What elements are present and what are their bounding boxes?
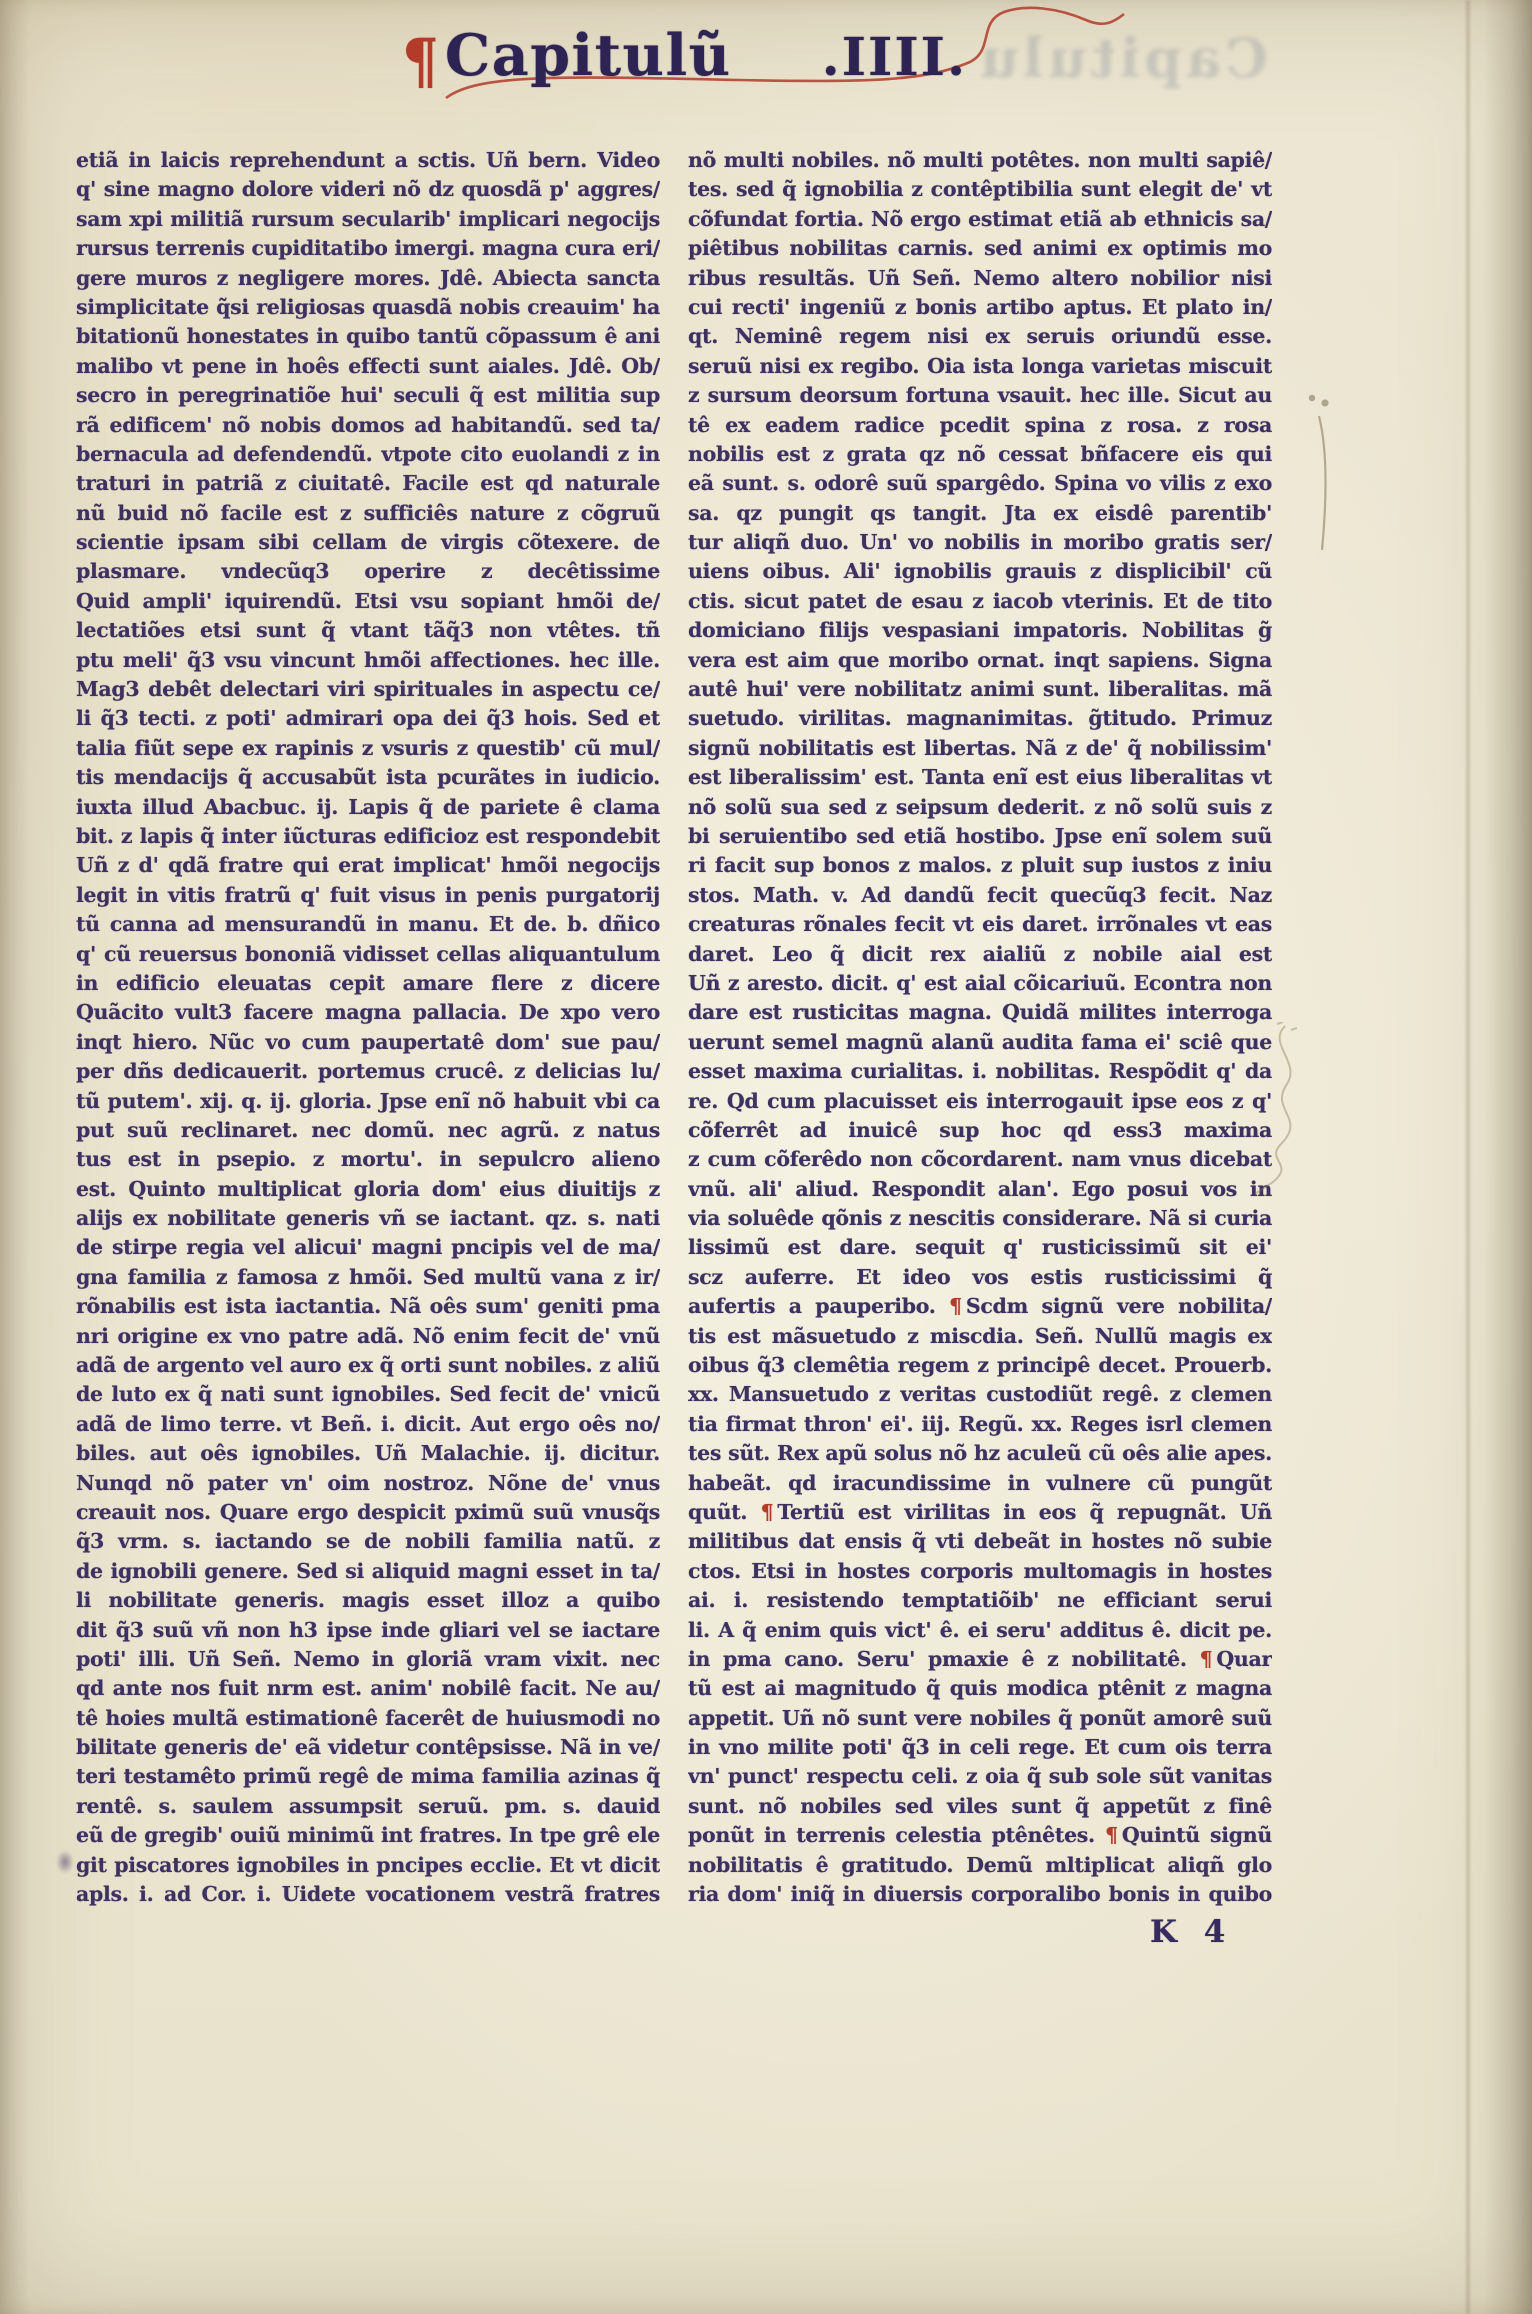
text-line: gna familia z famosa z hmõi. Sed multũ v…	[76, 1263, 660, 1292]
page-edge-crease	[1466, 0, 1470, 2314]
text-line: sam xpi militiã rursum secularib' implic…	[76, 205, 660, 234]
text-line: git piscatores ignobiles in pncipes eccl…	[76, 1851, 660, 1880]
text-line: simplicitate q̃si religiosas quasdã nobi…	[76, 293, 660, 322]
text-line: tê ex eadem radice pcedit spina z rosa. …	[688, 411, 1272, 440]
text-line: eã sunt. s. odorê suũ spargêdo. Spina vo…	[688, 469, 1272, 498]
text-line: de ignobili genere. Sed si aliquid magni…	[76, 1557, 660, 1586]
text-line: uerunt semel magnũ alanũ audita fama ei'…	[688, 1028, 1272, 1057]
text-column-left: etiã in laicis reprehendunt a sctis. Uñ …	[76, 146, 660, 1909]
text-line: vera est aim que moribo ornat. inqt sapi…	[688, 646, 1272, 675]
text-line: teri testamêto primũ regê de mima famili…	[76, 1762, 660, 1791]
text-line: suetudo. virilitas. magnanimitas. g̃titu…	[688, 704, 1272, 733]
text-line: put suũ reclinaret. nec domũ. nec agrũ. …	[76, 1116, 660, 1145]
text-line: de luto ex q̃ nati sunt ignobiles. Sed f…	[76, 1380, 660, 1409]
text-line: adã de limo terre. vt Beñ. i. dicit. Aut…	[76, 1410, 660, 1439]
text-line: lissimũ est dare. sequit q' rusticissimũ…	[688, 1233, 1272, 1262]
text-line: etiã in laicis reprehendunt a sctis. Uñ …	[76, 146, 660, 175]
rubric-pilcrow-icon: ¶	[949, 1294, 966, 1318]
text-line: iuxta illud Abacbuc. ij. Lapis q̃ de par…	[76, 793, 660, 822]
text-line: qd ante nos fuit nrm est. anim' nobilê f…	[76, 1674, 660, 1703]
rubric-pilcrow-icon: ¶	[761, 1500, 778, 1524]
text-line: in vno milite poti' q̃3 in celi rege. Et…	[688, 1733, 1272, 1762]
text-line: tũ putem'. xij. q. ij. gloria. Jpse enĩ …	[76, 1087, 660, 1116]
text-line: bernacula ad defendendũ. vtpote cito euo…	[76, 440, 660, 469]
text-line: aufertis a pauperibo. ¶Scdm signũ vere n…	[688, 1292, 1272, 1321]
text-line: legit in vitis fratrũ q' fuit visus in p…	[76, 881, 660, 910]
text-line: poti' illi. Uñ Señ. Nemo in gloriã vram …	[76, 1645, 660, 1674]
text-line: bitationũ honestates in quibo tantũ cõpa…	[76, 322, 660, 351]
text-line: rursus terrenis cupiditatibo imergi. mag…	[76, 234, 660, 263]
text-line: nri origine ex vno patre adã. Nõ enim fe…	[76, 1322, 660, 1351]
text-line: ri facit sup bonos z malos. z pluit sup …	[688, 851, 1272, 880]
text-line: plasmare. vndecũq3 operire z decêtissime…	[76, 557, 660, 586]
text-line: in pma cano. Seru' pmaxie ê z nobilitatê…	[688, 1645, 1272, 1674]
text-line: tia firmat thron' ei'. iij. Regũ. xx. Re…	[688, 1410, 1272, 1439]
text-line: nõ solũ sua sed z seipsum dederit. z nõ …	[688, 793, 1272, 822]
rubric-pilcrow-icon: ¶	[1105, 1823, 1122, 1847]
text-line: tes. sed q̃ ignobilia z contêptibilia su…	[688, 175, 1272, 204]
text-line: q̃3 vrm. s. iactando se de nobili famili…	[76, 1527, 660, 1556]
text-line: rõnabilis est ista iactantia. Nã oês sum…	[76, 1292, 660, 1321]
chapter-title: Capitulũ	[445, 22, 732, 89]
text-line: rã edificem' nõ nobis domos ad habitandũ…	[76, 411, 660, 440]
text-line: daret. Leo q̃ dicit rex aialiũ z nobile …	[688, 940, 1272, 969]
rubric-pilcrow-icon: ¶	[1200, 1647, 1217, 1671]
text-line: ctis. sicut patet de esau z iacob vterin…	[688, 587, 1272, 616]
text-line: tus est in psepio. z mortu'. in sepulcro…	[76, 1145, 660, 1174]
text-line: apls. i. ad Cor. i. Uidete vocationem ve…	[76, 1880, 660, 1909]
text-line: via soluêde qõnis z nescitis considerare…	[688, 1204, 1272, 1233]
text-line: z cum cõferêdo non cõcordarent. nam vnus…	[688, 1145, 1272, 1174]
text-line: li. A q̃ enim quis vict' ê. ei seru' add…	[688, 1616, 1272, 1645]
text-line: rentê. s. saulem assumpsit seruũ. pm. s.…	[76, 1792, 660, 1821]
text-line: nobilitatis ê gratitudo. Demũ mltiplicat…	[688, 1851, 1272, 1880]
text-line: quũt. ¶Tertiũ est virilitas in eos q̃ re…	[688, 1498, 1272, 1527]
text-line: li nobilitate generis. magis esset illoz…	[76, 1586, 660, 1615]
text-line: ctos. Etsi in hostes corporis multomagis…	[688, 1557, 1272, 1586]
text-line: scientie ipsam sibi cellam de virgis cõt…	[76, 528, 660, 557]
margin-ink-blot	[56, 1850, 74, 1874]
text-line: ribus resultãs. Uñ Señ. Nemo altero nobi…	[688, 264, 1272, 293]
text-line: sunt. nõ nobiles sed viles sunt q̃ appet…	[688, 1792, 1272, 1821]
text-line: Mag3 debêt delectari viri spirituales in…	[76, 675, 660, 704]
chapter-numeral: .IIII.	[822, 27, 968, 88]
text-line: q' cũ reuersus bononiã vidisset cellas a…	[76, 940, 660, 969]
text-line: Quãcito vult3 facere magna pallacia. De …	[76, 998, 660, 1027]
text-line: tur aliqñ duo. Un' vo nobilis in moribo …	[688, 528, 1272, 557]
text-line: z sursum deorsum fortuna vsauit. hec ill…	[688, 381, 1272, 410]
text-line: adã de argento vel auro ex q̃ orti sunt …	[76, 1351, 660, 1380]
text-line: biles. aut oês ignobiles. Uñ Malachie. i…	[76, 1439, 660, 1468]
text-line: per dñs dedicauerit. portemus crucê. z d…	[76, 1057, 660, 1086]
text-line: seruũ nisi ex regibo. Oia ista longa var…	[688, 352, 1272, 381]
text-line: alijs ex nobilitate generis vñ se iactan…	[76, 1204, 660, 1233]
text-line: q' sine magno dolore videri nõ dz quosdã…	[76, 175, 660, 204]
margin-ink-stroke	[1295, 382, 1355, 557]
text-line: bit. z lapis q̃ inter iũcturas edificioz…	[76, 822, 660, 851]
text-line: nõ multi nobiles. nõ multi potêtes. non …	[688, 146, 1272, 175]
text-line: habeãt. qd iracundissime in vulnere cũ p…	[688, 1469, 1272, 1498]
text-line: ria dom' iniq̃ in diuersis corporalibo b…	[688, 1880, 1272, 1909]
text-line: Nunqd nõ pater vn' oim nostroz. Nõne de'…	[76, 1469, 660, 1498]
text-line: tis est mãsuetudo z miscdia. Señ. Nullũ …	[688, 1322, 1272, 1351]
text-line: re. Qd cum placuisset eis interrogauit i…	[688, 1087, 1272, 1116]
text-line: tes sũt. Rex apũ solus nõ hz aculeũ cũ o…	[688, 1439, 1272, 1468]
text-line: vnũ. ali' aliud. Respondit alan'. Ego po…	[688, 1175, 1272, 1204]
rubric-capitulum-icon: ¶	[402, 25, 439, 96]
text-column-right: nõ multi nobiles. nõ multi potêtes. non …	[688, 146, 1272, 1909]
text-line: esset maxima curialitas. i. nobilitas. R…	[688, 1057, 1272, 1086]
text-line: ptu meli' q̃3 vsu vincunt hmõi affection…	[76, 646, 660, 675]
text-line: cõfundat fortia. Nõ ergo estimat etiã ab…	[688, 205, 1272, 234]
text-line: bi seruientibo sed etiã hostibo. Jpse en…	[688, 822, 1272, 851]
page-right-edge-shading	[1484, 0, 1532, 2314]
text-line: inqt hiero. Nũc vo cum paupertatê dom' s…	[76, 1028, 660, 1057]
text-line: est. Quinto multiplicat gloria dom' eius…	[76, 1175, 660, 1204]
book-page-scan: Capitulu ¶Capitulũ.IIII. etiã in laicis …	[0, 0, 1532, 2314]
page-left-edge-shading	[0, 0, 30, 2314]
text-line: appetit. Uñ nõ sunt vere nobiles q̃ ponũ…	[688, 1704, 1272, 1733]
text-line: cui recti' ingeniũ z bonis artibo aptus.…	[688, 293, 1272, 322]
text-line: li q̃3 tecti. z poti' admirari opa dei q…	[76, 704, 660, 733]
text-line: uiens oibus. Ali' ignobilis grauis z dis…	[688, 557, 1272, 586]
text-line: secro in peregrinatiõe hui' seculi q̃ es…	[76, 381, 660, 410]
text-line: bilitate generis de' eã videtur contêpsi…	[76, 1733, 660, 1762]
text-line: oibus q̃3 clemêtia regem z principê dece…	[688, 1351, 1272, 1380]
text-line: militibus dat ensis q̃ vti debeãt in hos…	[688, 1527, 1272, 1556]
text-line: signũ nobilitatis est libertas. Nã z de'…	[688, 734, 1272, 763]
text-line: tũ est ai magnitudo q̃ quis modica ptêni…	[688, 1674, 1272, 1703]
text-line: eũ de gregib' ouiũ minimũ int fratres. I…	[76, 1821, 660, 1850]
text-line: malibo vt pene in hoês effecti sunt aial…	[76, 352, 660, 381]
text-line: traturi in patriã z ciuitatê. Facile est…	[76, 469, 660, 498]
text-line: domiciano filijs vespasiani impatoris. N…	[688, 616, 1272, 645]
text-line: ai. i. resistendo temptatiõib' ne effici…	[688, 1586, 1272, 1615]
text-line: scz auferre. Et ideo vos estis rusticiss…	[688, 1263, 1272, 1292]
text-line: talia fiũt sepe ex rapinis z vsuris z qu…	[76, 734, 660, 763]
text-line: autê hui' vere nobilitatz animi sunt. li…	[688, 675, 1272, 704]
text-line: vn' punct' respectu celi. z oia q̃ sub s…	[688, 1762, 1272, 1791]
text-line: tis mendacijs q̃ accusabũt ista pcurãtes…	[76, 763, 660, 792]
text-line: est liberalissim' est. Tanta enĩ est eiu…	[688, 763, 1272, 792]
text-line: creauit nos. Quare ergo despicit pximũ s…	[76, 1498, 660, 1527]
text-line: creaturas rõnales fecit vt eis daret. ir…	[688, 910, 1272, 939]
text-line: dare est rusticitas magna. Quidã milites…	[688, 998, 1272, 1027]
text-line: dit q̃3 suũ vñ non h3 ipse inde gliari v…	[76, 1616, 660, 1645]
text-line: tê hoies multã estimationê facerêt de hu…	[76, 1704, 660, 1733]
text-line: Uñ z d' qdã fratre qui erat implicat' hm…	[76, 851, 660, 880]
text-line: in edificio eleuatas cepit amare flere z…	[76, 969, 660, 998]
text-line: piêtibus nobilitas carnis. sed animi ex …	[688, 234, 1272, 263]
text-line: xx. Mansuetudo z veritas custodiũt regê.…	[688, 1380, 1272, 1409]
text-line: qt. Neminê regem nisi ex seruis oriundũ …	[688, 322, 1272, 351]
text-line: Quid ampli' iquirendũ. Etsi vsu sopiant …	[76, 587, 660, 616]
text-line: nobilis est z grata qz nõ cessat bñfacer…	[688, 440, 1272, 469]
text-line: ponũt in terrenis celestia ptênêtes. ¶Qu…	[688, 1821, 1272, 1850]
chapter-heading: ¶Capitulũ.IIII.	[402, 22, 967, 95]
text-line: gere muros z negligere mores. Jdê. Abiec…	[76, 264, 660, 293]
text-line: nũ buid nõ facile est z sufficiês nature…	[76, 499, 660, 528]
text-line: cõferrêt ad inuicê sup hoc qd ess3 maxim…	[688, 1116, 1272, 1145]
text-line: Uñ z aresto. dicit. q' est aial cõicariu…	[688, 969, 1272, 998]
text-line: lectatiões etsi sunt q̃ vtant tãq̃3 non …	[76, 616, 660, 645]
text-line: de stirpe regia vel alicui' magni pncipi…	[76, 1233, 660, 1262]
quire-signature-mark: K 4	[1150, 1914, 1225, 1950]
text-line: stos. Math. v. Ad dandũ fecit quecũq3 fe…	[688, 881, 1272, 910]
text-line: tũ canna ad mensurandũ in manu. Et de. b…	[76, 910, 660, 939]
text-line: sa. qz pungit qs tangit. Jta ex eisdê pa…	[688, 499, 1272, 528]
